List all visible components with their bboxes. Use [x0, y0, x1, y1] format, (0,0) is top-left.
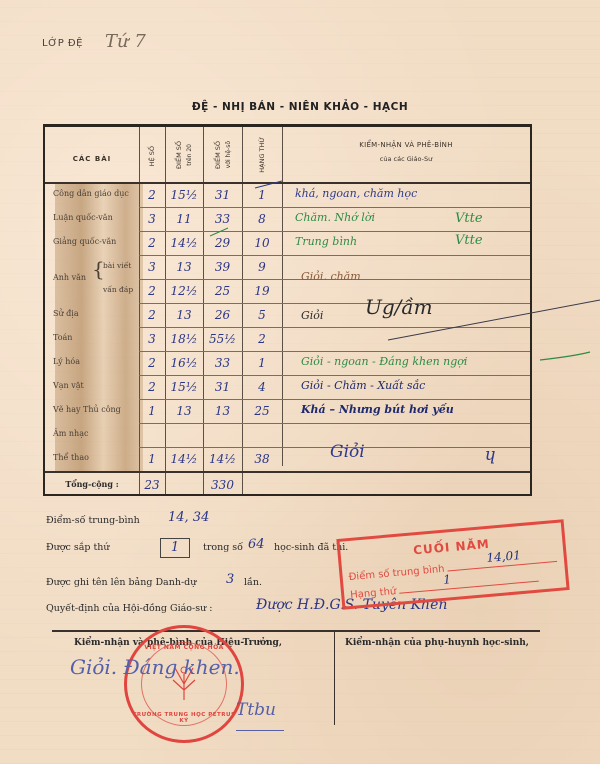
rank-of-value: 64 [248, 537, 265, 552]
bottom-rule [52, 630, 540, 632]
pen-strokes [0, 0, 600, 764]
stamp-average-value: 14,01 [486, 548, 521, 565]
average-label: Điểm-số trung-bình [46, 515, 140, 526]
stamp-rank-value: 1 [443, 572, 452, 587]
rank-of-label: trong số [203, 542, 243, 553]
parent-remark-label: Kiểm-nhận của phụ-huynh học-sinh, [345, 638, 529, 648]
decision-label: Quyết-định của Hội-đồng Giáo-sư : [46, 603, 212, 614]
seal-top-text: VIỆT NAM CỘNG HÒA [127, 644, 241, 651]
rank-label: Được sắp thứ [46, 542, 110, 553]
signature-underline [236, 730, 284, 731]
stamp-average-label: Điểm số trung bình [348, 564, 445, 583]
principal-remark: Giỏi. Đáng khen. [70, 655, 240, 679]
stamp-rank-label: Hạng thứ [350, 586, 397, 601]
school-seal: VIỆT NAM CỘNG HÒA TRƯỜNG TRUNG HỌC PETRU… [124, 625, 244, 743]
average-value: 14, 34 [168, 510, 209, 525]
honor-suffix: lần. [244, 577, 262, 588]
honor-value: 3 [226, 572, 234, 587]
honor-label: Được ghi tên lên bảng Danh-dự [46, 577, 196, 588]
rank-value-box: 1 [160, 538, 190, 558]
principal-signature: Ttbu [236, 700, 276, 720]
seal-bottom-text: TRƯỜNG TRUNG HỌC PETRUS KÝ [127, 712, 241, 724]
bottom-divider [334, 630, 335, 725]
